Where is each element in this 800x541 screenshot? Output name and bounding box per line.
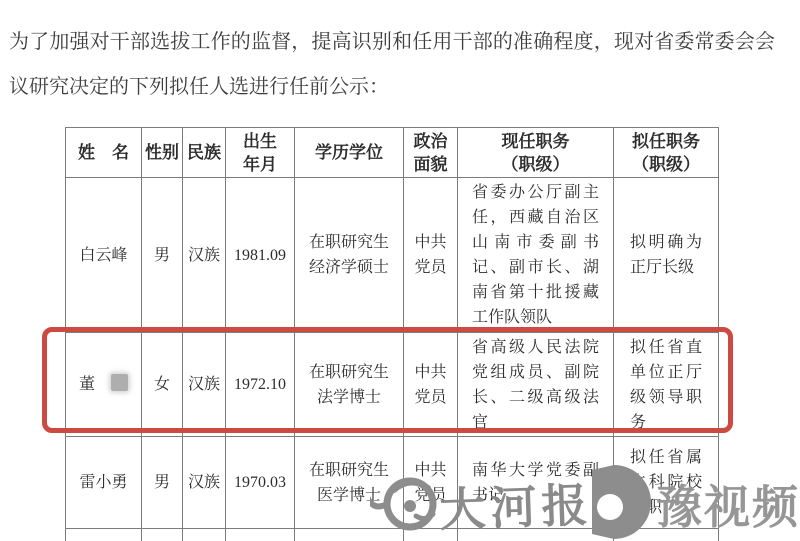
cell-party: 中共 党员 [404, 437, 458, 529]
cell-birth: 1981.09 [226, 178, 295, 333]
appointment-table: 姓 名 性别 民族 出生 年月 学历学位 政治 面貌 现任职务 （职级） 拟任职… [65, 127, 719, 541]
header-party: 政治 面貌 [404, 128, 458, 178]
cell-ethnicity: 汉族 [183, 437, 226, 529]
cell-name: 雷小勇 [66, 437, 142, 529]
cell-current-position: 省高级人民法院党组成员、副院长、二级高级法官 [458, 333, 614, 437]
header-proposed-position: 拟任职务 （职级） [614, 128, 719, 178]
header-birth: 出生 年月 [226, 128, 295, 178]
cell-party: 中共 党员 [404, 333, 458, 437]
public-notice-page: 为了加强对干部选拔工作的监督，提高识别和任用干部的准确程度，现对省委常委会会议研… [0, 0, 800, 541]
cell-proposed-position: 拟任省直单位正厅级领导职务 [614, 333, 719, 437]
header-gender: 性别 [142, 128, 183, 178]
redacted-character [111, 374, 128, 391]
cell-name: 白云峰 [66, 178, 142, 333]
table-body-partial [66, 529, 719, 541]
cell-education: 在职研究生 医学博士 [295, 437, 404, 529]
cell-ethnicity: 汉族 [183, 178, 226, 333]
table-header: 姓 名 性别 民族 出生 年月 学历学位 政治 面貌 现任职务 （职级） 拟任职… [66, 128, 719, 178]
table-body: 白云峰 男 汉族 1981.09 在职研究生 经济学硕士 中共 党员 省委办公厅… [66, 178, 719, 529]
header-name: 姓 名 [66, 128, 142, 178]
cell-proposed-position: 拟明确为正厅长级 [614, 178, 719, 333]
cell-ethnicity: 汉族 [183, 333, 226, 437]
table-row: 白云峰 男 汉族 1981.09 在职研究生 经济学硕士 中共 党员 省委办公厅… [66, 178, 719, 333]
table-row: 雷小勇 男 汉族 1970.03 在职研究生 医学博士 中共 党员 南华大学党委… [66, 437, 719, 529]
cell-party: 中共 党员 [404, 178, 458, 333]
table-header-row: 姓 名 性别 民族 出生 年月 学历学位 政治 面貌 现任职务 （职级） 拟任职… [66, 128, 719, 178]
intro-text: 为了加强对干部选拔工作的监督，提高识别和任用干部的准确程度，现对省委常委会会议研… [9, 20, 775, 110]
header-current-position: 现任职务 （职级） [458, 128, 614, 178]
header-ethnicity: 民族 [183, 128, 226, 178]
cell-name: 董 [66, 333, 142, 437]
cell-current-position: 省委办公厅副主任，西藏自治区山南市委副书记、副市长、湖南省第十批援藏工作队领队 [458, 178, 614, 333]
cell-gender: 男 [142, 178, 183, 333]
cell-proposed-position: 拟任省属本科院校正职 [614, 437, 719, 529]
table-row-highlighted: 董 女 汉族 1972.10 在职研究生 法学博士 中共 党员 省高级人民法院党… [66, 333, 719, 437]
header-education: 学历学位 [295, 128, 404, 178]
cell-birth: 1970.03 [226, 437, 295, 529]
cell-gender: 女 [142, 333, 183, 437]
cell-education: 在职研究生 法学博士 [295, 333, 404, 437]
cell-gender: 男 [142, 437, 183, 529]
cell-education: 在职研究生 经济学硕士 [295, 178, 404, 333]
cell-current-position: 南华大学党委副书记 [458, 437, 614, 529]
cell-birth: 1972.10 [226, 333, 295, 437]
table-row-partial [66, 529, 719, 541]
